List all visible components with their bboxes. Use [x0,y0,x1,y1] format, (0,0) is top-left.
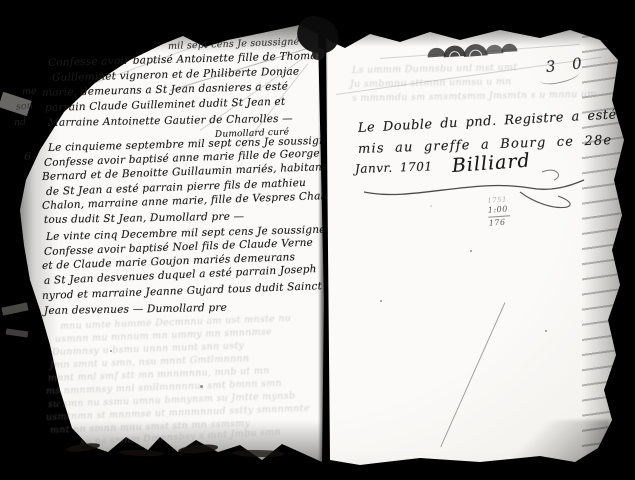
paper-speck [380,300,382,302]
paper-speck [110,350,112,352]
paper-speck [200,385,203,388]
paper-speck [545,330,547,332]
pencil-number: 1751 [487,195,510,205]
bottom-corner-grime [500,420,610,465]
spine-crease [318,34,328,462]
pencil-number: 176 [488,217,511,229]
crease-line [440,302,505,447]
paper-speck [430,205,432,207]
archival-scan-canvas: mil sept cens Je soussigné Confesse avoi… [0,0,635,480]
pencil-numbers: 1751 1:00 176 [487,195,511,228]
paper-speck [470,250,472,252]
pencil-number: 1:00 [488,204,511,216]
signature-flourish [352,150,592,220]
